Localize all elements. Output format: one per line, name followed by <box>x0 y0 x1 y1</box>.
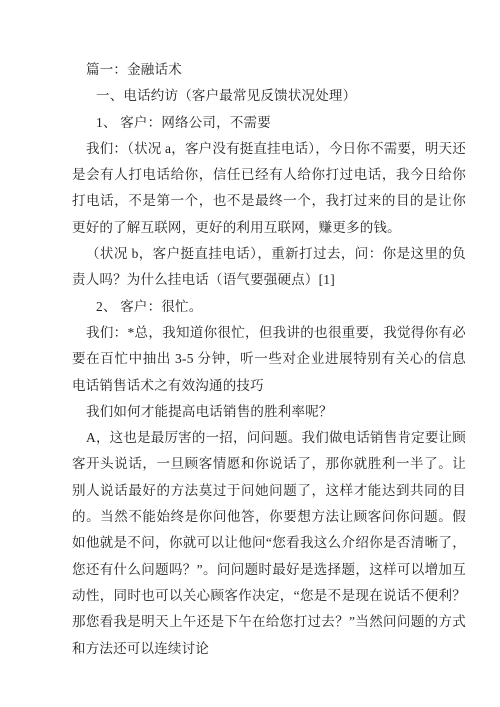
doc-part-title: 篇一：金融话术 <box>72 57 466 83</box>
paragraph-situation-b: （状况 b，客户挺直挂电话），重新打过去，问：你是这里的负责人吗？为什么挂电话（… <box>72 241 466 294</box>
document-page: 篇一：金融话术 一、电话约访（客户最常见反馈状况处理） 1、 客户：网络公司，不… <box>0 0 500 707</box>
paragraph-situation-a: 我们：（状况 a，客户没有挺直挂电话），今日你不需要，明天还是会有人打电话给你，… <box>72 136 466 241</box>
paragraph-question: 我们如何才能提高电话销售的胜利率呢？ <box>72 399 466 425</box>
paragraph-busy-reply: 我们：*总，我知道你很忙，但我讲的也很重要，我觉得你有必要在百忙中抽出 3-5 … <box>72 320 466 399</box>
paragraph-answer-a: A，这也是最厉害的一招，问问题。我们做电话销售肯定要让顾客开头说话，一旦顾客情愿… <box>72 425 466 662</box>
list-item-1: 1、 客户：网络公司，不需要 <box>72 110 466 136</box>
list-item-2: 2、 客户：很忙。 <box>72 294 466 320</box>
section-heading: 一、电话约访（客户最常见反馈状况处理） <box>72 83 466 109</box>
